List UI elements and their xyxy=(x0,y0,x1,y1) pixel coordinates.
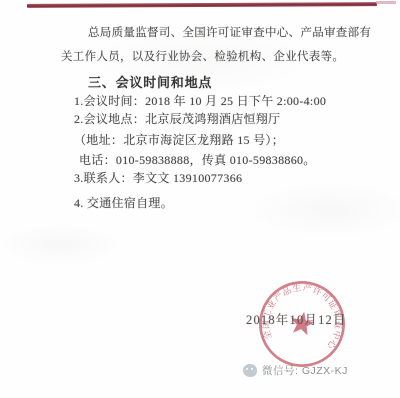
venue-address-line: （地址：北京市海淀区龙翔路 15 号）； xyxy=(74,131,284,148)
meeting-venue-line: 2.会议地点：北京辰茂鸿翔酒店恒翔厅 xyxy=(74,110,280,127)
red-header-rule xyxy=(27,2,377,8)
intro-paragraph-line-2: 关工作人员，以及行业协会、检验机构、企业代表等。 xyxy=(61,48,344,64)
phone-fax-line: 电话：010-59838888，传真 010-59838860。 xyxy=(79,151,316,168)
red-header-rule-tail xyxy=(376,1,396,4)
transport-note-line: 4. 交通住宿自理。 xyxy=(74,194,173,211)
intro-paragraph-line-1: 总局质量监督司、全国许可证审查中心、产品审查部有 xyxy=(88,24,371,40)
document-date: 2018年10月12日 xyxy=(246,310,347,328)
meeting-section-heading: 三、会议时间和地点 xyxy=(88,72,212,91)
contact-person-line: 3.联系人：李文文 13910077366 xyxy=(74,169,242,186)
meeting-time-line: 1.会议时间：2018 年 10 月 25 日下午 2:00-4:00 xyxy=(74,92,326,109)
scanned-document-page: 总局质量监督司、全国许可证审查中心、产品审查部有 关工作人员，以及行业协会、检验… xyxy=(0,0,400,398)
